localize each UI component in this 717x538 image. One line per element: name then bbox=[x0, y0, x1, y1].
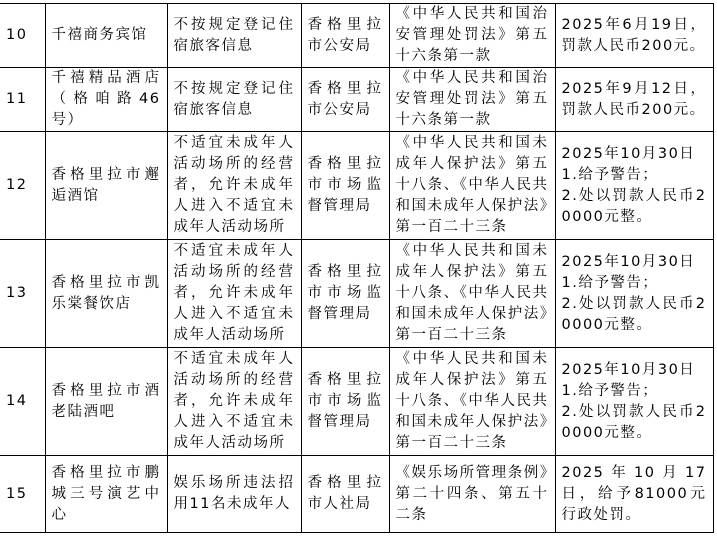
decision-item: 1.给予警告； bbox=[562, 273, 707, 294]
violation: 不适宜未成年人活动场所的经营者，允许未成年人进入不适宜未成年人活动场所 bbox=[167, 240, 301, 348]
decision: 2025年10月30日 1.给予警告； 2.处以罚款人民币20000元整。 bbox=[555, 132, 713, 240]
table-row: 14 香格里拉市酒老陆酒吧 不适宜未成年人活动场所的经营者，允许未成年人进入不适… bbox=[0, 348, 713, 456]
decision: 2025年9月12日，罚款人民币200元。 bbox=[555, 68, 713, 132]
legal-basis: 《中华人民共和国未成年人保护法》第五十八条、《中华人民共和国未成年人保护法》第一… bbox=[389, 240, 555, 348]
table-row: 15 香格里拉市鹏城三号演艺中心 娱乐场所违法招用11名未成年人 香格里拉市人社… bbox=[0, 456, 713, 533]
row-number: 10 bbox=[0, 4, 45, 68]
table-row: 13 香格里拉市凯乐棠餐饮店 不适宜未成年人活动场所的经营者，允许未成年人进入不… bbox=[0, 240, 713, 348]
legal-basis: 《中华人民共和国治安管理处罚法》第五十六条第一款 bbox=[389, 4, 555, 68]
authority: 香格里拉市人社局 bbox=[301, 456, 389, 533]
decision-date: 2025年10月30日 bbox=[562, 144, 707, 165]
penalty-table: 10 千禧商务宾馆 不按规定登记住宿旅客信息 香格里拉市公安局 《中华人民共和国… bbox=[0, 3, 714, 533]
decision-date: 2025年10月30日 bbox=[562, 252, 707, 273]
decision: 2025年10月30日 1.给予警告； 2.处以罚款人民币20000元整。 bbox=[555, 240, 713, 348]
violation: 不适宜未成年人活动场所的经营者，允许未成年人进入不适宜未成年人活动场所 bbox=[167, 348, 301, 456]
decision-item: 1.给予警告； bbox=[562, 165, 707, 186]
party-name: 香格里拉市鹏城三号演艺中心 bbox=[45, 456, 167, 533]
decision-item: 2.处以罚款人民币20000元整。 bbox=[562, 294, 707, 336]
authority: 香格里拉市公安局 bbox=[301, 68, 389, 132]
authority: 香格里拉市市场监督管理局 bbox=[301, 348, 389, 456]
decision-date: 2025年10月30日 bbox=[562, 360, 707, 381]
row-number: 12 bbox=[0, 132, 45, 240]
row-number: 15 bbox=[0, 456, 45, 533]
party-name: 香格里拉市酒老陆酒吧 bbox=[45, 348, 167, 456]
row-number: 11 bbox=[0, 68, 45, 132]
violation: 不按规定登记住宿旅客信息 bbox=[167, 68, 301, 132]
table-row: 11 千禧精品酒店（格咱路46号） 不按规定登记住宿旅客信息 香格里拉市公安局 … bbox=[0, 68, 713, 132]
row-number: 14 bbox=[0, 348, 45, 456]
legal-basis: 《娱乐场所管理条例》第二十四条、第五十二条 bbox=[389, 456, 555, 533]
decision: 2025年10月30日 1.给予警告； 2.处以罚款人民币20000元整。 bbox=[555, 348, 713, 456]
authority: 香格里拉市市场监督管理局 bbox=[301, 132, 389, 240]
party-name: 香格里拉市邂逅酒馆 bbox=[45, 132, 167, 240]
party-name: 千禧商务宾馆 bbox=[45, 4, 167, 68]
authority: 香格里拉市市场监督管理局 bbox=[301, 240, 389, 348]
party-name: 香格里拉市凯乐棠餐饮店 bbox=[45, 240, 167, 348]
violation: 不适宜未成年人活动场所的经营者，允许未成年人进入不适宜未成年人活动场所 bbox=[167, 132, 301, 240]
legal-basis: 《中华人民共和国未成年人保护法》第五十八条、《中华人民共和国未成年人保护法》第一… bbox=[389, 348, 555, 456]
decision: 2025年10月17日，给予81000元行政处罚。 bbox=[555, 456, 713, 533]
table-row: 12 香格里拉市邂逅酒馆 不适宜未成年人活动场所的经营者，允许未成年人进入不适宜… bbox=[0, 132, 713, 240]
authority: 香格里拉市公安局 bbox=[301, 4, 389, 68]
violation: 不按规定登记住宿旅客信息 bbox=[167, 4, 301, 68]
decision-item: 2.处以罚款人民币20000元整。 bbox=[562, 186, 707, 228]
decision-item: 1.给予警告； bbox=[562, 381, 707, 402]
party-name: 千禧精品酒店（格咱路46号） bbox=[45, 68, 167, 132]
decision: 2025年6月19日，罚款人民币200元。 bbox=[555, 4, 713, 68]
table-row: 10 千禧商务宾馆 不按规定登记住宿旅客信息 香格里拉市公安局 《中华人民共和国… bbox=[0, 4, 713, 68]
decision-item: 2.处以罚款人民币20000元整。 bbox=[562, 402, 707, 444]
legal-basis: 《中华人民共和国未成年人保护法》第五十八条、《中华人民共和国未成年人保护法》第一… bbox=[389, 132, 555, 240]
legal-basis: 《中华人民共和国治安管理处罚法》第五十六条第一款 bbox=[389, 68, 555, 132]
row-number: 13 bbox=[0, 240, 45, 348]
violation: 娱乐场所违法招用11名未成年人 bbox=[167, 456, 301, 533]
